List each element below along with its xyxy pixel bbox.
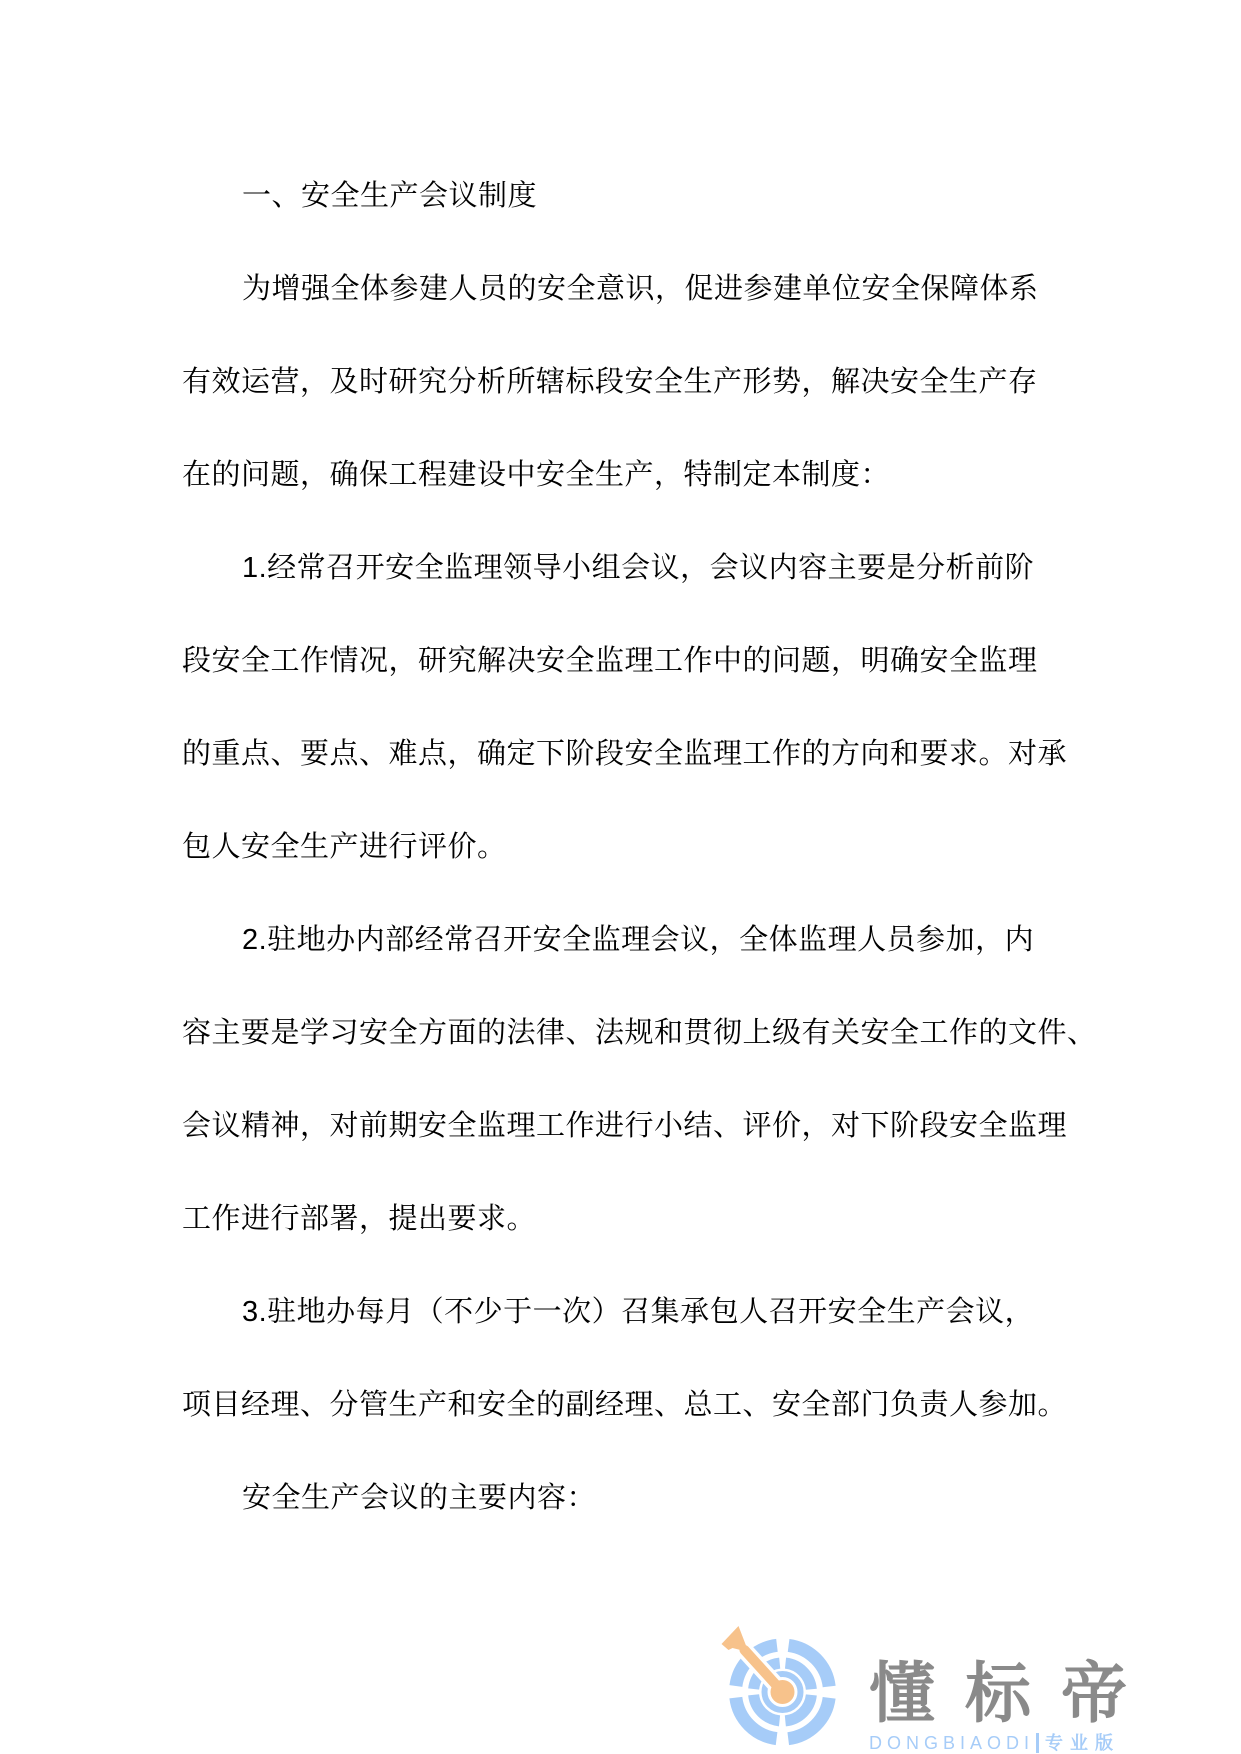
- document-line: 在的问题，确保工程建设中安全生产，特制定本制度：: [182, 429, 1072, 522]
- document-heading: 一、安全生产会议制度: [182, 150, 1072, 243]
- watermark-brand-name: 懂标帝: [869, 1660, 1157, 1726]
- watermark-edition: 专业版: [1045, 1732, 1120, 1754]
- document-line: 容主要是学习安全方面的法律、法规和贯彻上级有关安全工作的文件、: [182, 987, 1072, 1080]
- watermark-text: 懂标帝 DONGBIAODI 专业版: [869, 1660, 1157, 1754]
- document-line: 1.经常召开安全监理领导小组会议，会议内容主要是分析前阶: [182, 522, 1072, 615]
- document-body: 一、安全生产会议制度 为增强全体参建人员的安全意识，促进参建单位安全保障体系有效…: [182, 150, 1072, 1545]
- document-line: 安全生产会议的主要内容：: [182, 1452, 1072, 1545]
- document-line: 包人安全生产进行评价。: [182, 801, 1072, 894]
- watermark-romanized: DONGBIAODI: [869, 1732, 1034, 1754]
- document-line: 为增强全体参建人员的安全意识，促进参建单位安全保障体系: [182, 243, 1072, 336]
- document-line: 段安全工作情况，研究解决安全监理工作中的问题，明确安全监理: [182, 615, 1072, 708]
- target-arrow-logo-icon: [720, 1622, 845, 1754]
- document-line: 项目经理、分管生产和安全的副经理、总工、安全部门负责人参加。: [182, 1359, 1072, 1452]
- document-line: 3.驻地办每月（不少于一次）召集承包人召开安全生产会议，: [182, 1266, 1072, 1359]
- document-page: 一、安全生产会议制度 为增强全体参建人员的安全意识，促进参建单位安全保障体系有效…: [0, 0, 1241, 1754]
- document-line: 有效运营，及时研究分析所辖标段安全生产形势，解决安全生产存: [182, 336, 1072, 429]
- document-line: 的重点、要点、难点，确定下阶段安全监理工作的方向和要求。对承: [182, 708, 1072, 801]
- document-lines: 为增强全体参建人员的安全意识，促进参建单位安全保障体系有效运营，及时研究分析所辖…: [182, 243, 1072, 1545]
- document-line: 2.驻地办内部经常召开安全监理会议，全体监理人员参加，内: [182, 894, 1072, 987]
- separator-bar: [1036, 1733, 1039, 1753]
- document-line: 会议精神，对前期安全监理工作进行小结、评价，对下阶段安全监理: [182, 1080, 1072, 1173]
- watermark-subtitle: DONGBIAODI 专业版: [869, 1732, 1157, 1754]
- dongbiaodi-watermark: 懂标帝 DONGBIAODI 专业版: [720, 1622, 1150, 1754]
- document-line: 工作进行部署，提出要求。: [182, 1173, 1072, 1266]
